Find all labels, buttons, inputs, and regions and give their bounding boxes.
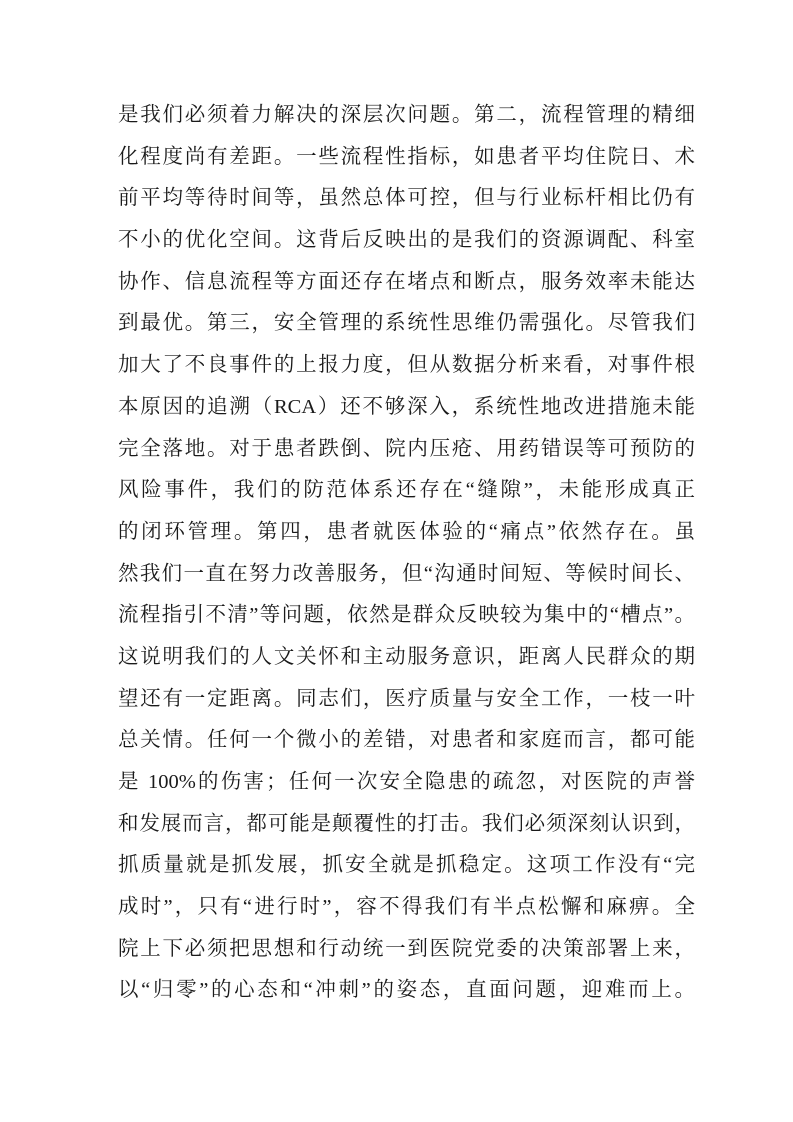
text-line: 和发展而言，都可能是颠覆性的打击。我们必须深刻认识到，: [118, 804, 695, 846]
text-line: 然我们一直在努力改善服务，但“沟通时间短、等候时间长、: [118, 554, 695, 596]
text-line: 院上下必须把思想和行动统一到医院党委的决策部署上来，: [118, 929, 695, 971]
paragraph-block: 是我们必须着力解决的深层次问题。第二，流程管理的精细 化程度尚有差距。一些流程性…: [118, 95, 695, 1012]
text-line: 到最优。第三，安全管理的系统性思维仍需强化。尽管我们: [118, 303, 695, 345]
text-line: 是 100%的伤害；任何一次安全隐患的疏忽，对医院的声誉: [118, 762, 695, 804]
text-line: 风险事件，我们的防范体系还存在“缝隙”，未能形成真正: [118, 470, 695, 512]
text-line: 以“归零”的心态和“冲刺”的姿态，直面问题，迎难而上。: [118, 970, 695, 1012]
text-line: 化程度尚有差距。一些流程性指标，如患者平均住院日、术: [118, 137, 695, 179]
text-line: 前平均等待时间等，虽然总体可控，但与行业标杆相比仍有: [118, 178, 695, 220]
document-page: 是我们必须着力解决的深层次问题。第二，流程管理的精细 化程度尚有差距。一些流程性…: [0, 0, 793, 1122]
text-line: 流程指引不清”等问题，依然是群众反映较为集中的“槽点”。: [118, 595, 695, 637]
text-line: 这说明我们的人文关怀和主动服务意识，距离人民群众的期: [118, 637, 695, 679]
text-line: 望还有一定距离。同志们，医疗质量与安全工作，一枝一叶: [118, 679, 695, 721]
text-line: 成时”，只有“进行时”，容不得我们有半点松懈和麻痹。全: [118, 887, 695, 929]
text-line: 抓质量就是抓发展，抓安全就是抓稳定。这项工作没有“完: [118, 845, 695, 887]
text-line: 本原因的追溯（RCA）还不够深入，系统性地改进措施未能: [118, 387, 695, 429]
text-line: 的闭环管理。第四，患者就医体验的“痛点”依然存在。虽: [118, 512, 695, 554]
text-line: 是我们必须着力解决的深层次问题。第二，流程管理的精细: [118, 95, 695, 137]
text-line: 协作、信息流程等方面还存在堵点和断点，服务效率未能达: [118, 262, 695, 304]
text-line: 总关情。任何一个微小的差错，对患者和家庭而言，都可能: [118, 720, 695, 762]
text-line: 不小的优化空间。这背后反映出的是我们的资源调配、科室: [118, 220, 695, 262]
text-line: 加大了不良事件的上报力度，但从数据分析来看，对事件根: [118, 345, 695, 387]
text-line: 完全落地。对于患者跌倒、院内压疮、用药错误等可预防的: [118, 429, 695, 471]
